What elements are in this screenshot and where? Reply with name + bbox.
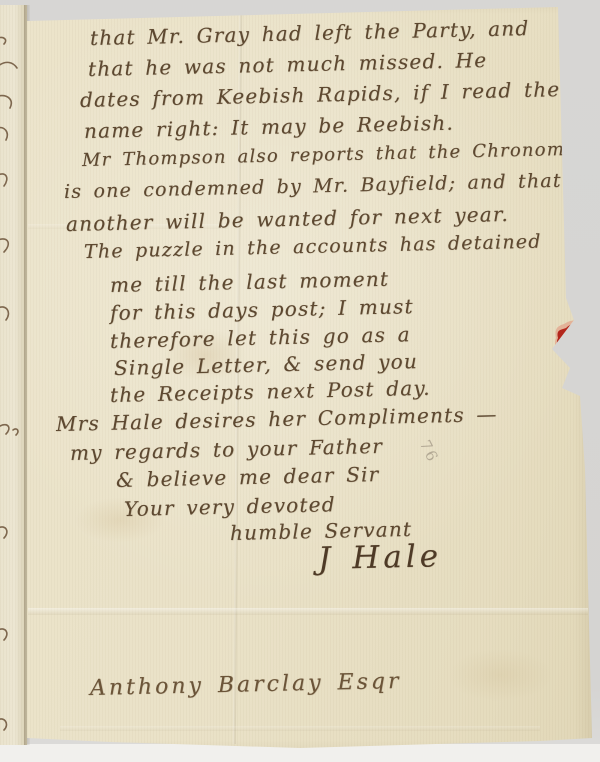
scanned-letter-page: that Mr. Gray had left the Party, and th…	[0, 0, 600, 762]
wax-seal-fragment	[540, 314, 590, 404]
letter-line: that Mr. Gray had left the Party, and	[90, 16, 530, 50]
letter-line: dates from Keebish Rapids, if I read the	[80, 77, 561, 112]
letter-line: for this days post; I must	[110, 294, 414, 325]
letter-line: the Receipts next Post day.	[110, 376, 431, 407]
seal-lower-fragment	[569, 375, 583, 392]
letter-line: Mr Thompson also reports that the Chrono…	[82, 138, 600, 171]
horizontal-fold-crease	[60, 726, 540, 731]
address-line: Anthony Barclay Esqr	[90, 669, 402, 701]
signature: J Hale	[318, 538, 443, 577]
letter-line: The puzzle in the accounts has detained	[84, 231, 542, 263]
letter-line: that he was not much missed. He	[88, 48, 488, 81]
letter-line: & believe me dear Sir	[116, 462, 380, 492]
letter-line: name right: It may be Reebish.	[84, 111, 454, 143]
letter-line: Mrs Hale desires her Compliments —	[56, 402, 498, 436]
horizontal-fold-crease	[28, 608, 588, 615]
letter-line: my regards to your Father	[70, 434, 384, 465]
paper-stain	[430, 640, 570, 710]
letter-line: me till the last moment	[110, 267, 390, 297]
adjacent-page-ink-marks	[0, 10, 27, 750]
letter-line: is one condemned by Mr. Bayfield; and th…	[64, 170, 562, 203]
letter-line: another will be wanted for next year.	[66, 202, 510, 236]
letter-line: Single Letter, & send you	[114, 349, 418, 380]
pencil-note: 76	[416, 437, 442, 466]
adjacent-page-edge	[0, 5, 27, 745]
letter-line: therefore let this go as a	[110, 322, 411, 353]
letter-sheet: that Mr. Gray had left the Party, and th…	[0, 0, 600, 762]
letter-line: Your very devoted	[124, 492, 336, 521]
